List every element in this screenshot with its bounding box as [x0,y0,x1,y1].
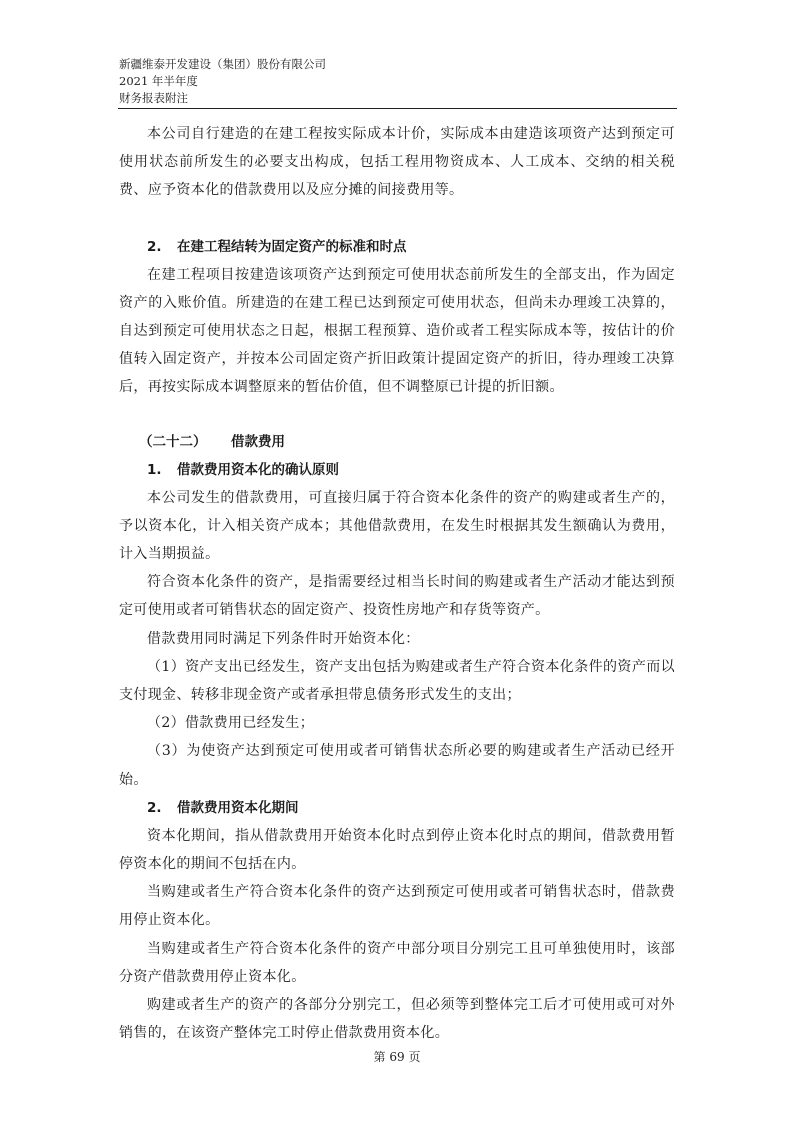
list-item-condition-2: （2）借款费用已经发生； [119,709,675,737]
subheading-number: 2. [147,233,177,261]
paragraph-transfer-standard: 在建工程项目按建造该项资产达到预定可使用状态前所发生的全部支出，作为固定资产的入… [119,261,675,402]
section-number: （二十二） [139,428,231,456]
subheading-number: 1. [147,456,177,484]
subheading-title: 在建工程结转为固定资产的标准和时点 [177,239,407,255]
subheading-transfer-standard: 2.在建工程结转为固定资产的标准和时点 [119,233,675,261]
paragraph: 符合资本化条件的资产，是指需要经过相当长时间的购建或者生产活动才能达到预定可使用… [119,568,675,624]
spacer [119,205,675,233]
page-header: 新疆维泰开发建设（集团）股份有限公司 2021 年半年度 财务报表附注 [119,56,677,107]
header-divider [118,108,677,109]
list-item-condition-1: （1）资产支出已经发生，资产支出包括为购建或者生产符合资本化条件的资产而以支付现… [119,653,675,709]
subheading-capitalization-principle: 1.借款费用资本化的确认原则 [119,456,675,484]
document-title: 财务报表附注 [119,90,677,107]
spacer [119,402,675,428]
paragraph: 借款费用同时满足下列条件时开始资本化： [119,625,675,653]
paragraph: 本公司发生的借款费用，可直接归属于符合资本化条件的资产的购建或者生产的，予以资本… [119,484,675,569]
paragraph: 当购建或者生产符合资本化条件的资产达到预定可使用或者可销售状态时，借款费用停止资… [119,878,675,934]
section-heading-borrowing-costs: （二十二）借款费用 [119,428,675,456]
list-item-condition-3: （3）为使资产达到预定可使用或者可销售状态所必要的购建或者生产活动已经开始。 [119,737,675,793]
paragraph: 资本化期间，指从借款费用开始资本化时点到停止资本化时点的期间，借款费用暂停资本化… [119,822,675,878]
paragraph: 当购建或者生产符合资本化条件的资产中部分项目分别完工且可单独使用时，该部分资产借… [119,935,675,991]
page-number: 第 69 页 [0,1048,794,1065]
paragraph-construction-cost: 本公司自行建造的在建工程按实际成本计价，实际成本由建造该项资产达到预定可使用状态… [119,120,675,205]
subheading-capitalization-period: 2.借款费用资本化期间 [119,794,675,822]
paragraph: 购建或者生产的资产的各部分分别完工，但必须等到整体完工后才可使用或可对外销售的，… [119,991,675,1047]
section-title: 借款费用 [231,434,285,450]
subheading-number: 2. [147,794,177,822]
subheading-title: 借款费用资本化期间 [177,800,299,816]
document-body: 本公司自行建造的在建工程按实际成本计价，实际成本由建造该项资产达到预定可使用状态… [119,120,675,1047]
subheading-title: 借款费用资本化的确认原则 [177,462,339,478]
report-period: 2021 年半年度 [119,73,677,90]
company-name: 新疆维泰开发建设（集团）股份有限公司 [119,56,677,73]
